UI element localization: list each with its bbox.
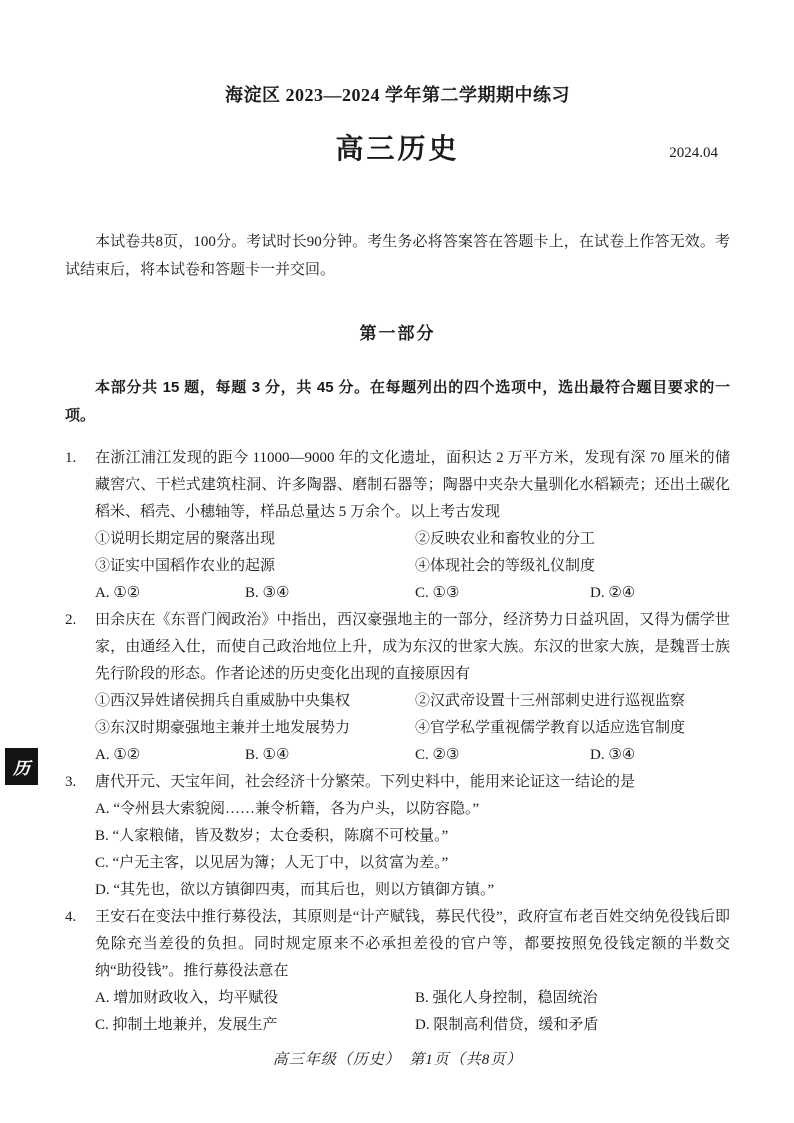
statement-3: ③证实中国稻作农业的起源 — [95, 553, 415, 580]
statement-4: ④官学私学重视儒学教育以适应选官制度 — [415, 715, 730, 742]
exam-instructions: 本试卷共8页，100分。考试时长90分钟。考生务必将答案答在答题卡上，在试卷上作… — [65, 228, 730, 284]
answer-options-row: A. ①② B. ③④ C. ①③ D. ②④ — [95, 580, 730, 607]
question-4: 4. 王安石在变法中推行募役法，其原则是“计产赋钱，募民代役”，政府宣布老百姓交… — [65, 904, 730, 1039]
option-d: D. 限制高利借贷，缓和矛盾 — [415, 1012, 730, 1039]
side-subject-tab: 历 — [5, 748, 38, 785]
statement-row: ①说明长期定居的聚落出现 ②反映农业和畜牧业的分工 — [95, 526, 730, 553]
statement-3: ③东汉时期豪强地主兼并土地发展势力 — [95, 715, 415, 742]
answer-options-row: A. 增加财政收入，均平赋役 B. 强化人身控制，稳固统治 — [95, 985, 730, 1012]
statement-4: ④体现社会的等级礼仪制度 — [415, 553, 730, 580]
option-c: C. ②③ — [415, 742, 590, 769]
question-stem: 在浙江浦江发现的距今 11000—9000 年的文化遗址，面积达 2 万平方米，… — [95, 445, 730, 526]
statement-1: ①西汉异姓诸侯拥兵自重威胁中央集权 — [95, 688, 415, 715]
question-1: 1. 在浙江浦江发现的距今 11000—9000 年的文化遗址，面积达 2 万平… — [65, 445, 730, 607]
option-c: C. ①③ — [415, 580, 590, 607]
question-list: 1. 在浙江浦江发现的距今 11000—9000 年的文化遗址，面积达 2 万平… — [65, 445, 730, 1039]
option-b: B. 强化人身控制，稳固统治 — [415, 985, 730, 1012]
option-c: C. “户无主客，以见居为簿；人无丁中，以贫富为差。” — [95, 850, 730, 877]
question-body: 唐代开元、天宝年间，社会经济十分繁荣。下列史料中，能用来论证这一结论的是 A. … — [95, 769, 730, 904]
statement-2: ②反映农业和畜牧业的分工 — [415, 526, 730, 553]
question-number: 1. — [65, 445, 95, 607]
option-d: D. “其先也，欲以方镇御四夷，而其后也，则以方镇御方镇。” — [95, 877, 730, 904]
option-b: B. “人家粮储，皆及数岁；太仓委积，陈腐不可校量。” — [95, 823, 730, 850]
question-body: 王安石在变法中推行募役法，其原则是“计产赋钱，募民代役”，政府宣布老百姓交纳免役… — [95, 904, 730, 1039]
document-title: 海淀区 2023—2024 学年第二学期期中练习 — [65, 84, 730, 106]
question-number: 2. — [65, 607, 95, 769]
statement-2: ②汉武帝设置十三州部刺史进行巡视监察 — [415, 688, 730, 715]
question-stem: 唐代开元、天宝年间，社会经济十分繁荣。下列史料中，能用来论证这一结论的是 — [95, 769, 730, 796]
option-a: A. “令州县大索貌阅……兼令析籍，各为户头，以防容隐。” — [95, 796, 730, 823]
page-footer: 高三年级（历史） 第1页（共8页） — [65, 1050, 730, 1070]
exam-page: 海淀区 2023—2024 学年第二学期期中练习 高三历史 2024.04 本试… — [0, 0, 794, 1123]
question-body: 田余庆在《东晋门阀政治》中指出，西汉豪强地主的一部分，经济势力日益巩固，又得为儒… — [95, 607, 730, 769]
part-one-intro: 本部分共 15 题，每题 3 分，共 45 分。在每题列出的四个选项中，选出最符… — [65, 374, 730, 430]
question-stem: 王安石在变法中推行募役法，其原则是“计产赋钱，募民代役”，政府宣布老百姓交纳免役… — [95, 904, 730, 985]
option-c: C. 抑制土地兼并，发展生产 — [95, 1012, 415, 1039]
answer-options-row: A. ①② B. ①④ C. ②③ D. ③④ — [95, 742, 730, 769]
option-b: B. ③④ — [245, 580, 415, 607]
statement-row: ①西汉异姓诸侯拥兵自重威胁中央集权 ②汉武帝设置十三州部刺史进行巡视监察 — [95, 688, 730, 715]
question-2: 2. 田余庆在《东晋门阀政治》中指出，西汉豪强地主的一部分，经济势力日益巩固，又… — [65, 607, 730, 769]
statement-row: ③东汉时期豪强地主兼并土地发展势力 ④官学私学重视儒学教育以适应选官制度 — [95, 715, 730, 742]
option-d: D. ③④ — [590, 742, 730, 769]
option-a: A. 增加财政收入，均平赋役 — [95, 985, 415, 1012]
option-a: A. ①② — [95, 580, 245, 607]
subject-title: 高三历史 — [65, 130, 730, 170]
option-d: D. ②④ — [590, 580, 730, 607]
part-one-heading: 第一部分 — [65, 322, 730, 346]
question-stem: 田余庆在《东晋门阀政治》中指出，西汉豪强地主的一部分，经济势力日益巩固，又得为儒… — [95, 607, 730, 688]
subject-row: 高三历史 2024.04 — [65, 130, 730, 170]
option-b: B. ①④ — [245, 742, 415, 769]
answer-options-row: C. 抑制土地兼并，发展生产 D. 限制高利借贷，缓和矛盾 — [95, 1012, 730, 1039]
question-body: 在浙江浦江发现的距今 11000—9000 年的文化遗址，面积达 2 万平方米，… — [95, 445, 730, 607]
question-3: 3. 唐代开元、天宝年间，社会经济十分繁荣。下列史料中，能用来论证这一结论的是 … — [65, 769, 730, 904]
option-a: A. ①② — [95, 742, 245, 769]
question-number: 3. — [65, 769, 95, 904]
question-number: 4. — [65, 904, 95, 1039]
statement-1: ①说明长期定居的聚落出现 — [95, 526, 415, 553]
exam-date: 2024.04 — [669, 144, 718, 162]
statement-row: ③证实中国稻作农业的起源 ④体现社会的等级礼仪制度 — [95, 553, 730, 580]
